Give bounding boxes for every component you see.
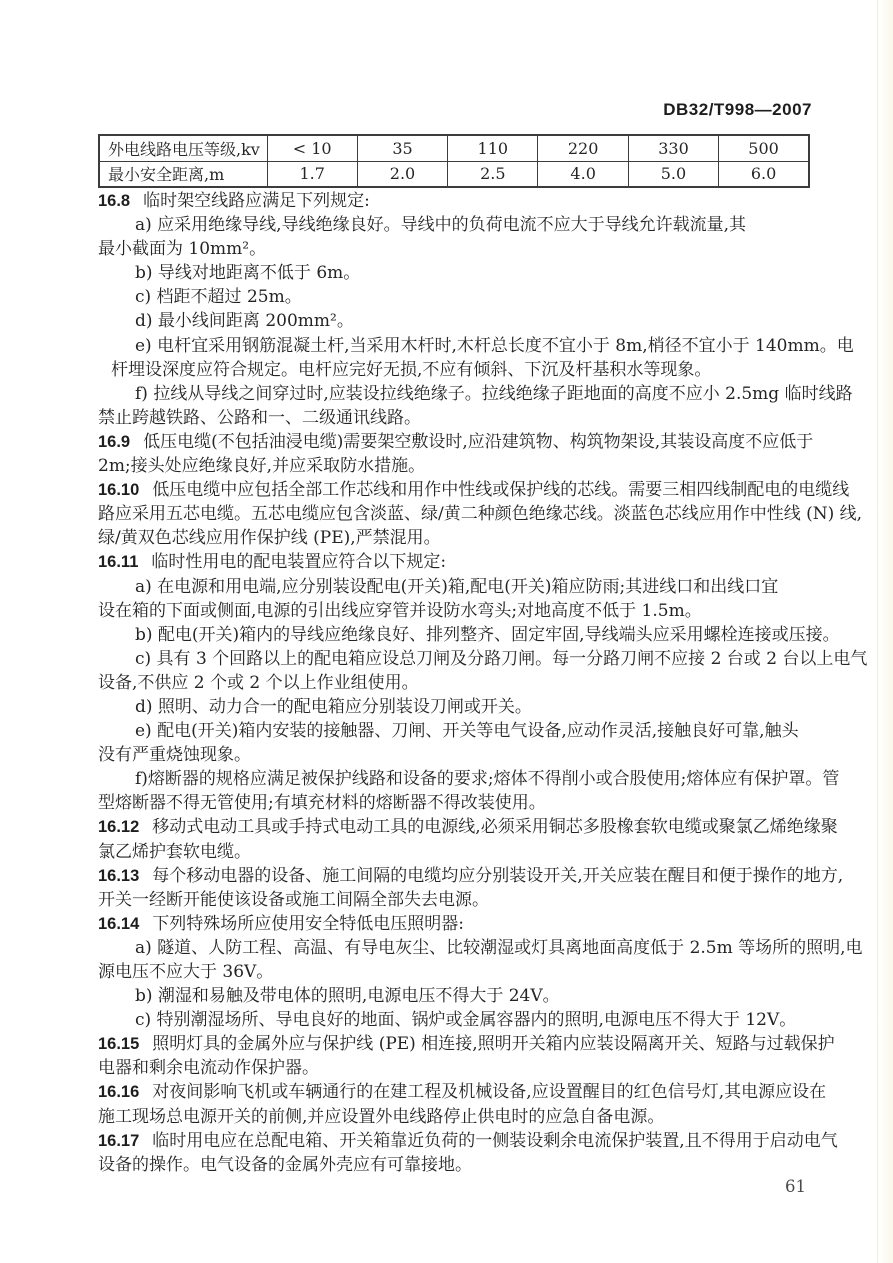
line-text: 下列特殊场所应使用安全特低电压照明器: <box>152 914 464 934</box>
body-line: 绿/黄双色芯线应用作保护线 (PE),严禁混用。 <box>98 526 854 550</box>
table-cell: 35 <box>357 135 447 161</box>
document-body: 16.8临时架空线路应满足下列规定:a) 应采用绝缘导线,导线绝缘良好。导线中的… <box>98 189 854 1177</box>
clause-number: 16.12 <box>98 818 139 836</box>
line-text: 临时用电应在总配电箱、开关箱靠近负荷的一侧装设剩余电流保护装置,且不得用于启动电… <box>152 1131 837 1151</box>
clause-16.15: 16.15照明灯具的金属外应与保护线 (PE) 相连接,照明开关箱内应装设隔离开… <box>98 1032 854 1056</box>
body-line: a) 应采用绝缘导线,导线绝缘良好。导线中的负荷电流不应大于导线允许载流量,其 <box>98 213 854 237</box>
body-line: 设备的操作。电气设备的金属外壳应有可靠接地。 <box>98 1153 854 1177</box>
body-line: 电器和剩余电流动作保护器。 <box>98 1056 854 1080</box>
table-row-label: 外电线路电压等级,kv <box>99 135 267 161</box>
line-text: 对夜间影响飞机或车辆通行的在建工程及机械设备,应设置醒目的红色信号灯,其电源应设… <box>152 1082 826 1102</box>
body-line: d) 照明、动力合一的配电箱应分别装设刀闸或开关。 <box>98 695 854 719</box>
body-line: b) 潮湿和易触及带电体的照明,电源电压不得大于 24V。 <box>98 984 854 1008</box>
body-line: e) 配电(开关)箱内安装的接触器、刀闸、开关等电气设备,应动作灵活,接触良好可… <box>98 719 854 743</box>
body-line: e) 电杆宜采用钢筋混凝土杆,当采用木杆时,木杆总长度不宜小于 8m,梢径不宜小… <box>98 334 854 358</box>
body-line: a) 在电源和用电端,应分别装设配电(开关)箱,配电(开关)箱应防雨;其进线口和… <box>98 575 854 599</box>
table-row: 最小安全距离,m1.72.02.54.05.06.0 <box>99 161 809 187</box>
body-line: f) 拉线从导线之间穿过时,应装设拉线绝缘子。拉线绝缘子距地面的高度不应小 2.… <box>98 382 854 406</box>
body-line: d) 最小线间距离 200mm²。 <box>98 309 854 333</box>
body-line: b) 导线对地距离不低于 6m。 <box>98 261 854 285</box>
standard-code-header: DB32/T998—2007 <box>663 100 812 120</box>
line-text: f) 拉线从导线之间穿过时,应装设拉线绝缘子。拉线绝缘子距地面的高度不应小 2.… <box>135 384 853 404</box>
safety-distance-table: 外电线路电压等级,kv< 1035110220330500最小安全距离,m1.7… <box>98 134 810 188</box>
line-text: 禁止跨越铁路、公路和一、二级通讯线路。 <box>98 408 421 428</box>
clause-number: 16.17 <box>98 1132 139 1150</box>
table-cell: < 10 <box>267 135 357 161</box>
line-text: 源电压不应大于 36V。 <box>98 962 273 982</box>
table-cell: 2.5 <box>448 161 538 187</box>
body-line: 源电压不应大于 36V。 <box>98 960 854 984</box>
line-text: 绿/黄双色芯线应用作保护线 (PE),严禁混用。 <box>98 528 441 548</box>
body-line: f)熔断器的规格应满足被保护线路和设备的要求;熔体不得削小或合股使用;熔体应有保… <box>98 767 854 791</box>
body-line: 没有严重烧蚀现象。 <box>98 743 854 767</box>
body-line: 型熔断器不得无管使用;有填充材料的熔断器不得改装使用。 <box>98 791 854 815</box>
table-cell: 110 <box>448 135 538 161</box>
clause-16.16: 16.16对夜间影响飞机或车辆通行的在建工程及机械设备,应设置醒目的红色信号灯,… <box>98 1080 854 1104</box>
line-text: 照明灯具的金属外应与保护线 (PE) 相连接,照明开关箱内应装设隔离开关、短路与… <box>152 1034 834 1054</box>
line-text: c) 特别潮湿场所、导电良好的地面、锅炉或金属容器内的照明,电源电压不得大于 1… <box>135 1010 796 1030</box>
line-text: 杆埋设深度应符合规定。电杆应完好无损,不应有倾斜、下沉及杆基积水等现象。 <box>111 360 711 380</box>
table-cell: 1.7 <box>267 161 357 187</box>
body-line: c) 具有 3 个回路以上的配电箱应设总刀闸及分路刀闸。每一分路刀闸不应接 2 … <box>98 647 854 671</box>
line-text: b) 配电(开关)箱内的导线应绝缘良好、排列整齐、固定牢固,导线端头应采用螺栓连… <box>135 625 840 645</box>
clause-16.13: 16.13每个移动电器的设备、施工间隔的电缆均应分别装设开关,开关应装在醒目和便… <box>98 864 854 888</box>
line-text: b) 导线对地距离不低于 6m。 <box>135 263 360 283</box>
body-line: 氯乙烯护套软电缆。 <box>98 840 854 864</box>
clause-16.10: 16.10低压电缆中应包括全部工作芯线和用作中性线或保护线的芯线。需要三相四线制… <box>98 478 854 502</box>
body-line: a) 隧道、人防工程、高温、有导电灰尘、比较潮湿或灯具离地面高度低于 2.5m … <box>98 936 854 960</box>
line-text: 2m;接头处应绝缘良好,并应采取防水措施。 <box>98 456 425 476</box>
clause-16.14: 16.14下列特殊场所应使用安全特低电压照明器: <box>98 912 854 936</box>
line-text: b) 潮湿和易触及带电体的照明,电源电压不得大于 24V。 <box>135 986 560 1006</box>
line-text: 设在箱的下面或侧面,电源的引出线应穿管并设防水弯头;对地高度不低于 1.5m。 <box>98 601 702 621</box>
line-text: 开关一经断开能使该设备或施工间隔全部失去电源。 <box>98 890 489 910</box>
table-cell: 5.0 <box>628 161 718 187</box>
line-text: e) 配电(开关)箱内安装的接触器、刀闸、开关等电气设备,应动作灵活,接触良好可… <box>135 721 799 741</box>
table-cell: 4.0 <box>538 161 628 187</box>
clause-number: 16.13 <box>98 867 139 885</box>
line-text: 低压电缆中应包括全部工作芯线和用作中性线或保护线的芯线。需要三相四线制配电的电缆… <box>152 480 849 500</box>
table-cell: 6.0 <box>719 161 809 187</box>
clause-16.12: 16.12移动式电动工具或手持式电动工具的电源线,必须采用铜芯多股橡套软电缆或聚… <box>98 815 854 839</box>
line-text: d) 最小线间距离 200mm²。 <box>135 311 354 331</box>
line-text: c) 具有 3 个回路以上的配电箱应设总刀闸及分路刀闸。每一分路刀闸不应接 2 … <box>135 649 867 669</box>
line-text: 低压电缆(不包括油浸电缆)需要架空敷设时,应沿建筑物、构筑物架设,其装设高度不应… <box>143 432 813 452</box>
clause-16.9: 16.9低压电缆(不包括油浸电缆)需要架空敷设时,应沿建筑物、构筑物架设,其装设… <box>98 430 854 454</box>
line-text: a) 应采用绝缘导线,导线绝缘良好。导线中的负荷电流不应大于导线允许载流量,其 <box>135 215 746 235</box>
page-number: 61 <box>785 1177 806 1196</box>
clause-16.17: 16.17临时用电应在总配电箱、开关箱靠近负荷的一侧装设剩余电流保护装置,且不得… <box>98 1129 854 1153</box>
line-text: a) 在电源和用电端,应分别装设配电(开关)箱,配电(开关)箱应防雨;其进线口和… <box>135 577 778 597</box>
line-text: c) 档距不超过 25m。 <box>135 287 302 307</box>
clause-number: 16.8 <box>98 192 130 210</box>
body-line: 开关一经断开能使该设备或施工间隔全部失去电源。 <box>98 888 854 912</box>
table-row-label: 最小安全距离,m <box>99 161 267 187</box>
table-cell: 2.0 <box>357 161 447 187</box>
body-line: c) 档距不超过 25m。 <box>98 285 854 309</box>
line-text: 氯乙烯护套软电缆。 <box>98 842 251 862</box>
body-line: 禁止跨越铁路、公路和一、二级通讯线路。 <box>98 406 854 430</box>
line-text: a) 隧道、人防工程、高温、有导电灰尘、比较潮湿或灯具离地面高度低于 2.5m … <box>135 938 863 958</box>
body-line: 最小截面为 10mm²。 <box>98 237 854 261</box>
clause-number: 16.16 <box>98 1083 139 1101</box>
table-cell: 330 <box>628 135 718 161</box>
line-text: 临时性用电的配电装置应符合以下规定: <box>151 552 446 572</box>
body-line: 施工现场总电源开关的前侧,并应设置外电线路停止供电时的应急自备电源。 <box>98 1105 854 1129</box>
body-line: 设在箱的下面或侧面,电源的引出线应穿管并设防水弯头;对地高度不低于 1.5m。 <box>98 599 854 623</box>
clause-16.11: 16.11临时性用电的配电装置应符合以下规定: <box>98 550 854 574</box>
document-page: DB32/T998—2007 外电线路电压等级,kv< 103511022033… <box>0 0 893 1263</box>
line-text: 临时架空线路应满足下列规定: <box>143 191 370 211</box>
body-line: 路应采用五芯电缆。五芯电缆应包含淡蓝、绿/黄二种颜色绝缘芯线。淡蓝色芯线应用作中… <box>98 502 854 526</box>
scan-edge-shadow <box>877 0 893 1263</box>
body-line: b) 配电(开关)箱内的导线应绝缘良好、排列整齐、固定牢固,导线端头应采用螺栓连… <box>98 623 854 647</box>
line-text: d) 照明、动力合一的配电箱应分别装设刀闸或开关。 <box>135 697 532 717</box>
table-row: 外电线路电压等级,kv< 1035110220330500 <box>99 135 809 161</box>
body-line: 2m;接头处应绝缘良好,并应采取防水措施。 <box>98 454 854 478</box>
line-text: 电器和剩余电流动作保护器。 <box>98 1058 319 1078</box>
line-text: 每个移动电器的设备、施工间隔的电缆均应分别装设开关,开关应装在醒目和便于操作的地… <box>152 866 843 886</box>
clause-number: 16.15 <box>98 1035 139 1053</box>
line-text: 施工现场总电源开关的前侧,并应设置外电线路停止供电时的应急自备电源。 <box>98 1107 664 1127</box>
clause-number: 16.10 <box>98 481 139 499</box>
line-text: 最小截面为 10mm²。 <box>98 239 266 259</box>
clause-number: 16.9 <box>98 433 130 451</box>
line-text: 移动式电动工具或手持式电动工具的电源线,必须采用铜芯多股橡套软电缆或聚氯乙烯绝缘… <box>152 817 837 837</box>
line-text: 设备的操作。电气设备的金属外壳应有可靠接地。 <box>98 1155 472 1175</box>
line-text: 没有严重烧蚀现象。 <box>98 745 251 765</box>
table-cell: 220 <box>538 135 628 161</box>
clause-number: 16.11 <box>98 553 138 571</box>
line-text: 型熔断器不得无管使用;有填充材料的熔断器不得改装使用。 <box>98 793 546 813</box>
table-cell: 500 <box>719 135 809 161</box>
line-text: e) 电杆宜采用钢筋混凝土杆,当采用木杆时,木杆总长度不宜小于 8m,梢径不宜小… <box>135 336 854 356</box>
clause-16.8: 16.8临时架空线路应满足下列规定: <box>98 189 854 213</box>
body-line: c) 特别潮湿场所、导电良好的地面、锅炉或金属容器内的照明,电源电压不得大于 1… <box>98 1008 854 1032</box>
body-line: 设备,不供应 2 个或 2 个以上作业组使用。 <box>98 671 854 695</box>
line-text: f)熔断器的规格应满足被保护线路和设备的要求;熔体不得削小或合股使用;熔体应有保… <box>135 769 839 789</box>
body-line: 杆埋设深度应符合规定。电杆应完好无损,不应有倾斜、下沉及杆基积水等现象。 <box>98 358 854 382</box>
line-text: 路应采用五芯电缆。五芯电缆应包含淡蓝、绿/黄二种颜色绝缘芯线。淡蓝色芯线应用作中… <box>98 504 862 524</box>
clause-number: 16.14 <box>98 915 139 933</box>
line-text: 设备,不供应 2 个或 2 个以上作业组使用。 <box>98 673 419 693</box>
